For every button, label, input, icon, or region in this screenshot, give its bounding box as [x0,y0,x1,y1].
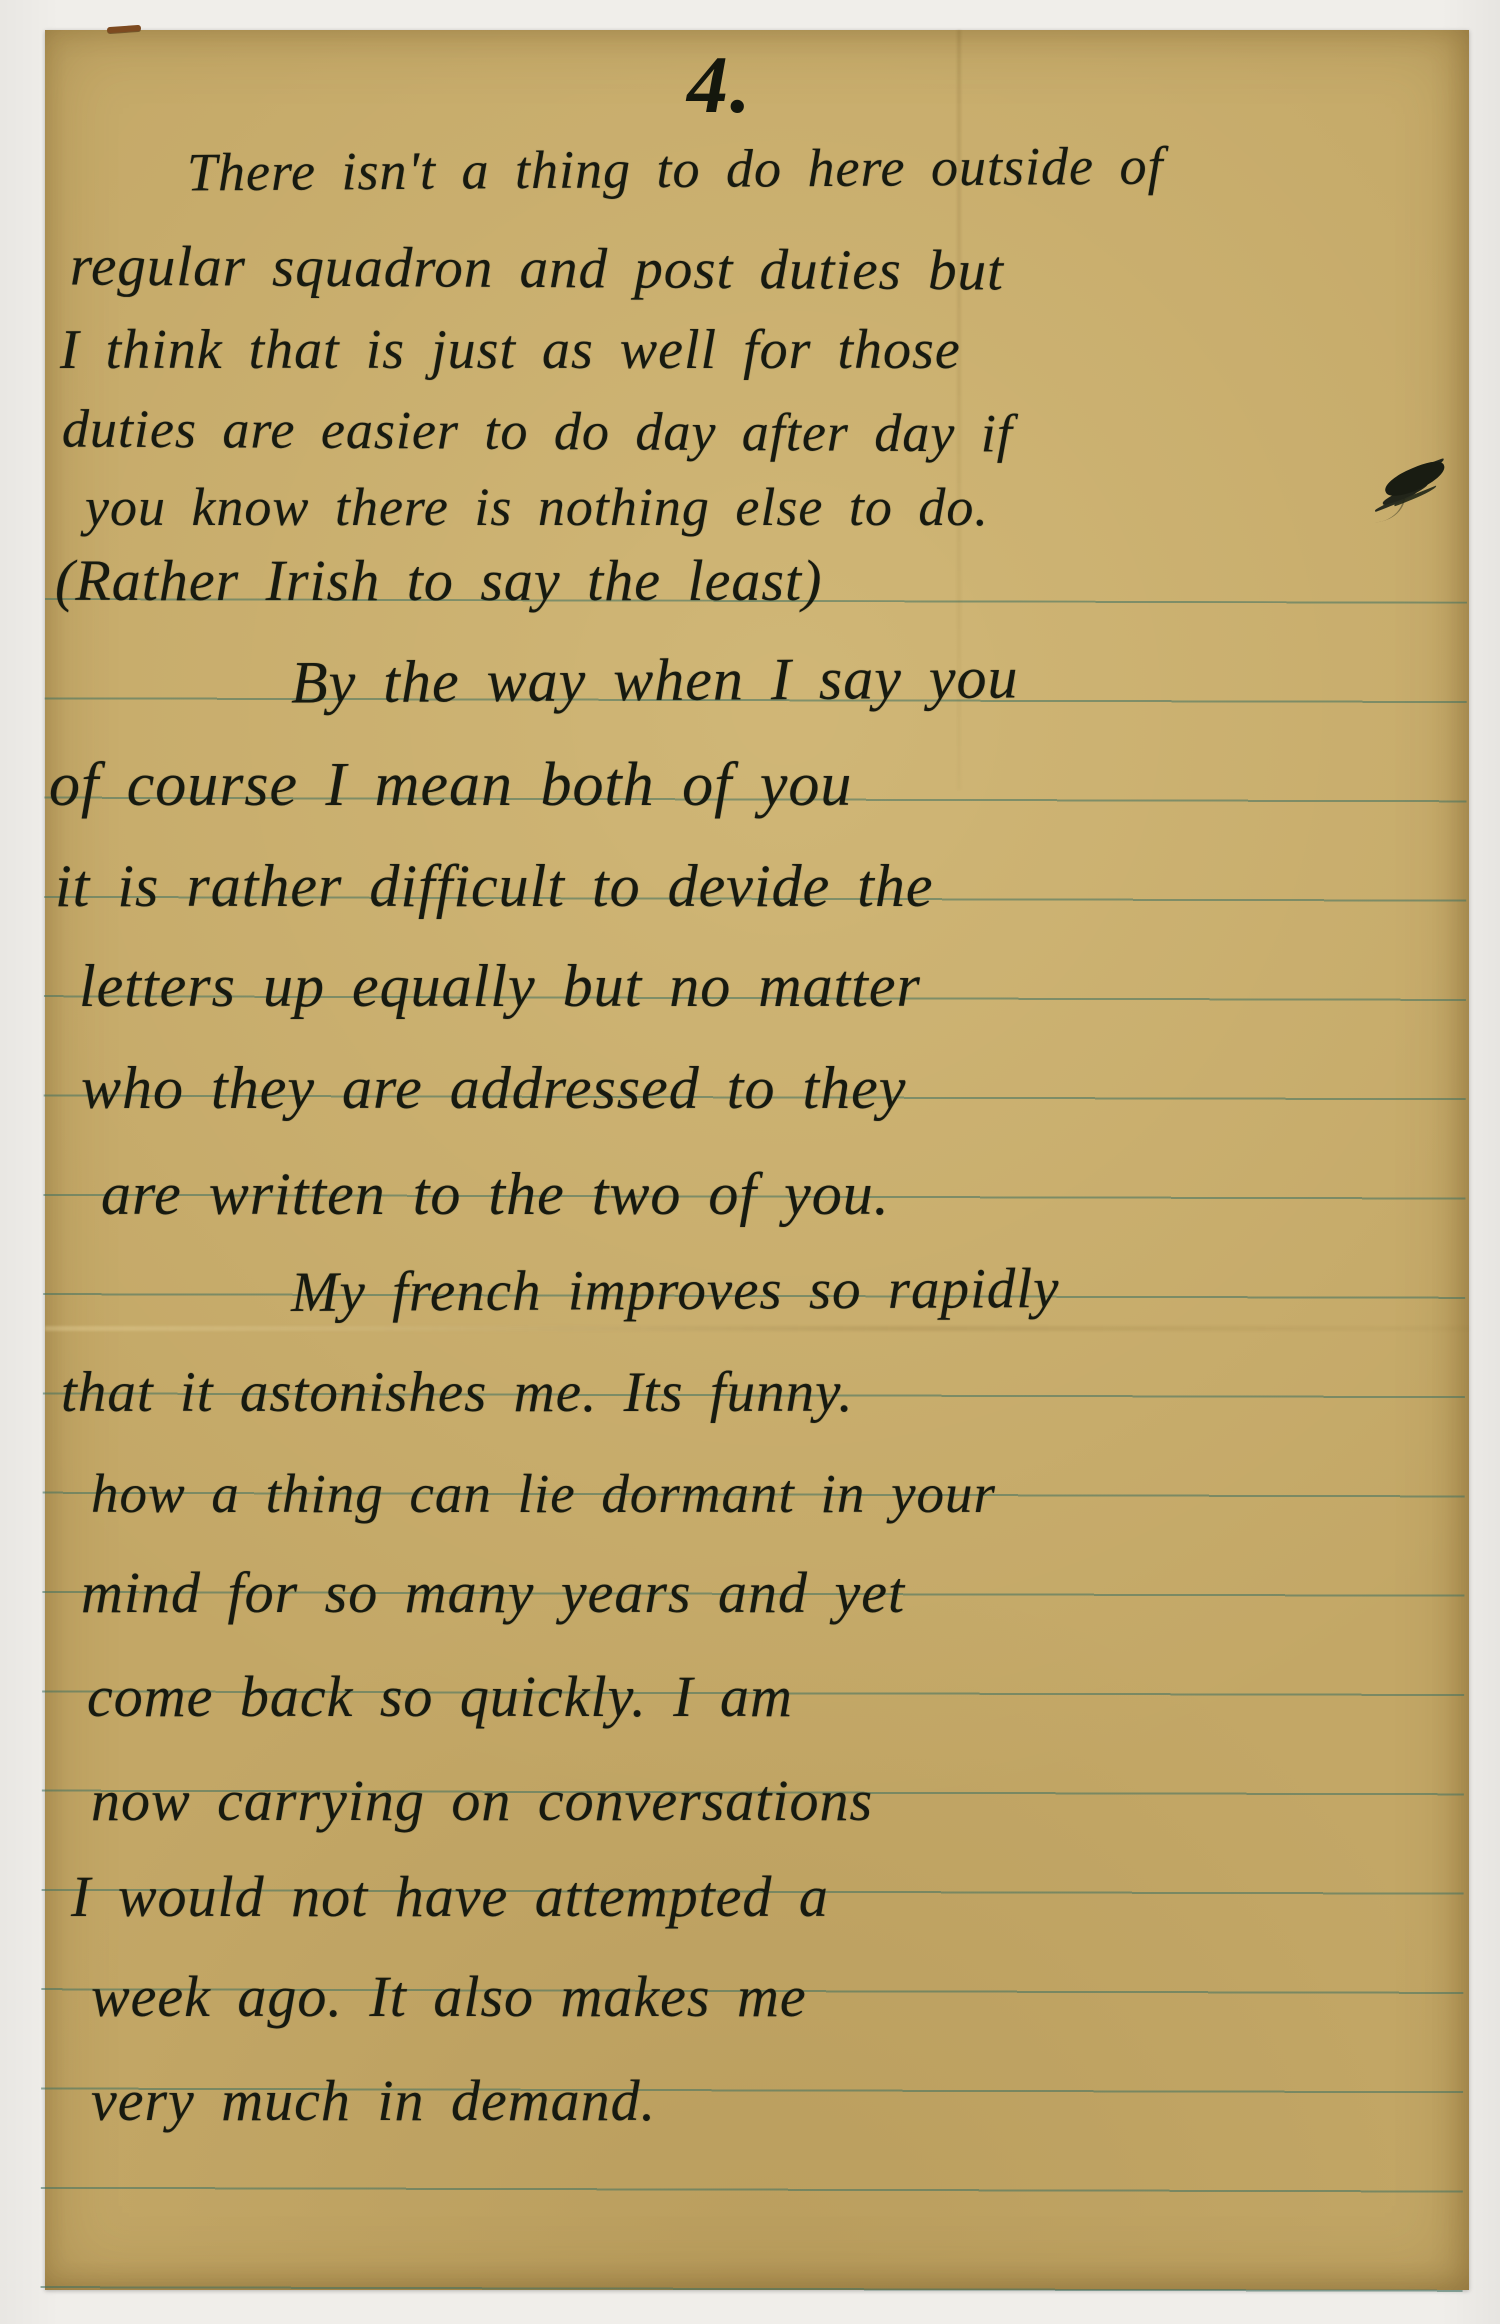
handwritten-line: (Rather Irish to say the least) [55,552,822,610]
handwritten-line: now carrying on conversations [91,1772,873,1830]
handwritten-line: I think that is just as well for those [60,322,961,378]
letter-page: 4. There isn't a thing to do here outsid… [45,30,1469,2290]
handwritten-line: My french improves so rapidly [291,1260,1060,1321]
scan-background: 4. There isn't a thing to do here outsid… [0,0,1500,2324]
handwritten-line: There isn't a thing to do here outside o… [187,139,1164,200]
page-number: 4. [687,38,753,132]
staple-mark [107,25,141,33]
ink-blot [1381,457,1449,501]
handwritten-line: very much in demand. [91,2072,656,2130]
handwritten-line: how a thing can lie dormant in your [91,1466,996,1521]
handwritten-line: duties are easier to do day after day if [62,402,1013,461]
handwritten-line: By the way when I say you [291,647,1019,712]
handwritten-line: are written to the two of you. [101,1164,890,1224]
paper-crease-horizontal [45,1326,1469,1331]
handwritten-line: mind for so many years and yet [81,1564,905,1622]
handwritten-line: it is rather difficult to devide the [55,856,934,916]
handwritten-line: you know there is nothing else to do. [85,480,989,534]
handwritten-line: week ago. It also makes me [91,1968,807,2026]
handwritten-line: come back so quickly. I am [87,1668,793,1726]
handwritten-line: that it astonishes me. Its funny. [61,1364,854,1421]
handwritten-line: I would not have attempted a [71,1868,829,1926]
handwritten-line: letters up equally but no matter [79,956,921,1016]
handwritten-line: who they are addressed to they [81,1058,906,1118]
handwritten-line: regular squadron and post duties but [70,238,1004,300]
handwritten-line: of course I mean both of you [49,754,852,816]
